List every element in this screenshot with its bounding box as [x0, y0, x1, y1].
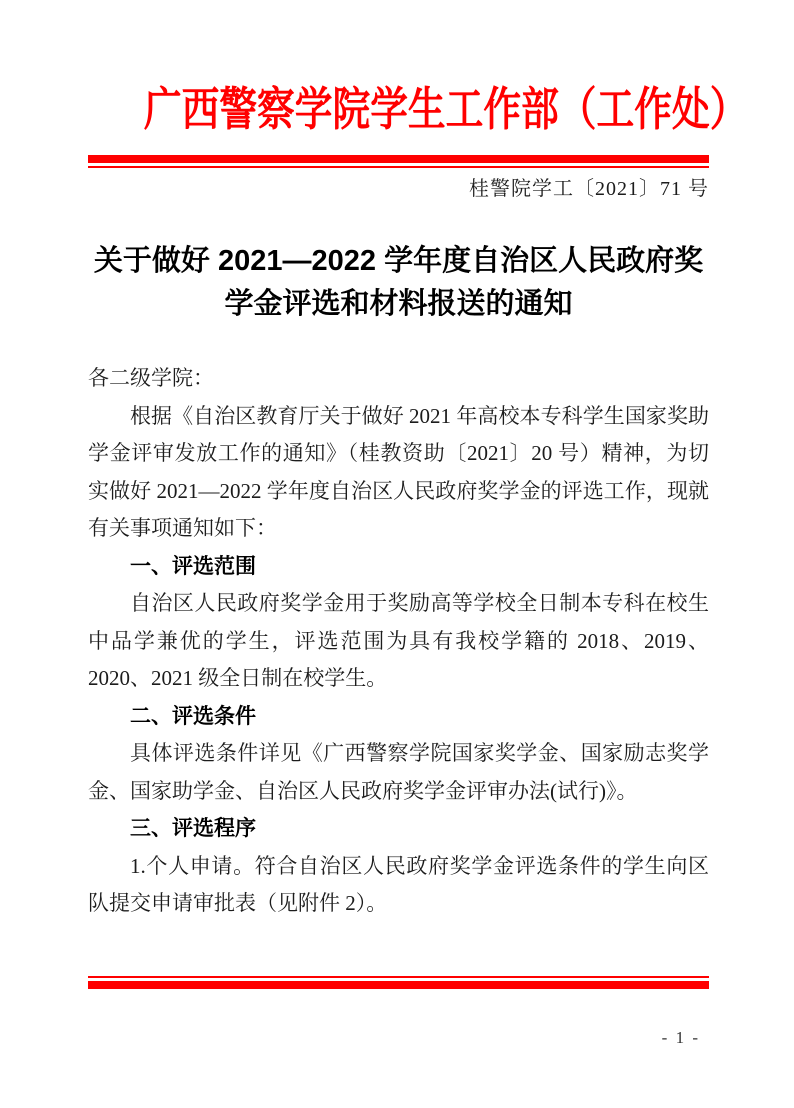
body-paragraph: 具体评选条件详见《广西警察学院国家奖学金、国家励志奖学金、国家助学金、自治区人民…	[88, 735, 709, 810]
letterhead-rule-thick	[88, 155, 709, 163]
document-title: 关于做好 2021—2022 学年度自治区人民政府奖 学金评选和材料报送的通知	[88, 240, 709, 326]
document-page: 广西警察学院学生工作部（工作处） 桂警院学工〔2021〕71 号 关于做好 20…	[0, 0, 794, 1108]
letterhead-rule-thin	[88, 166, 709, 168]
salutation: 各二级学院：	[88, 360, 709, 398]
body-paragraph: 自治区人民政府奖学金用于奖励高等学校全日制本专科在校生中品学兼优的学生，评选范围…	[88, 585, 709, 698]
letterhead-rule	[88, 155, 709, 168]
document-number: 桂警院学工〔2021〕71 号	[88, 177, 709, 202]
body-blocks: 各二级学院：根据《自治区教育厅关于做好 2021 年高校本专科学生国家奖助学金评…	[88, 360, 709, 923]
document-content: 广西警察学院学生工作部（工作处） 桂警院学工〔2021〕71 号 关于做好 20…	[0, 86, 794, 923]
letterhead-org-name: 广西警察学院学生工作部（工作处）	[144, 86, 653, 132]
footer-rule-thin	[88, 976, 709, 978]
section-heading: 一、评选范围	[88, 548, 709, 586]
body-paragraph: 根据《自治区教育厅关于做好 2021 年高校本专科学生国家奖助学金评审发放工作的…	[88, 398, 709, 548]
body-paragraph: 1.个人申请。符合自治区人民政府奖学金评选条件的学生向区队提交申请审批表（见附件…	[88, 848, 709, 923]
footer-rule-thick	[88, 981, 709, 989]
section-heading: 三、评选程序	[88, 810, 709, 848]
footer-rule	[88, 976, 709, 989]
section-heading: 二、评选条件	[88, 698, 709, 736]
page-number: - 1 -	[662, 1028, 700, 1048]
